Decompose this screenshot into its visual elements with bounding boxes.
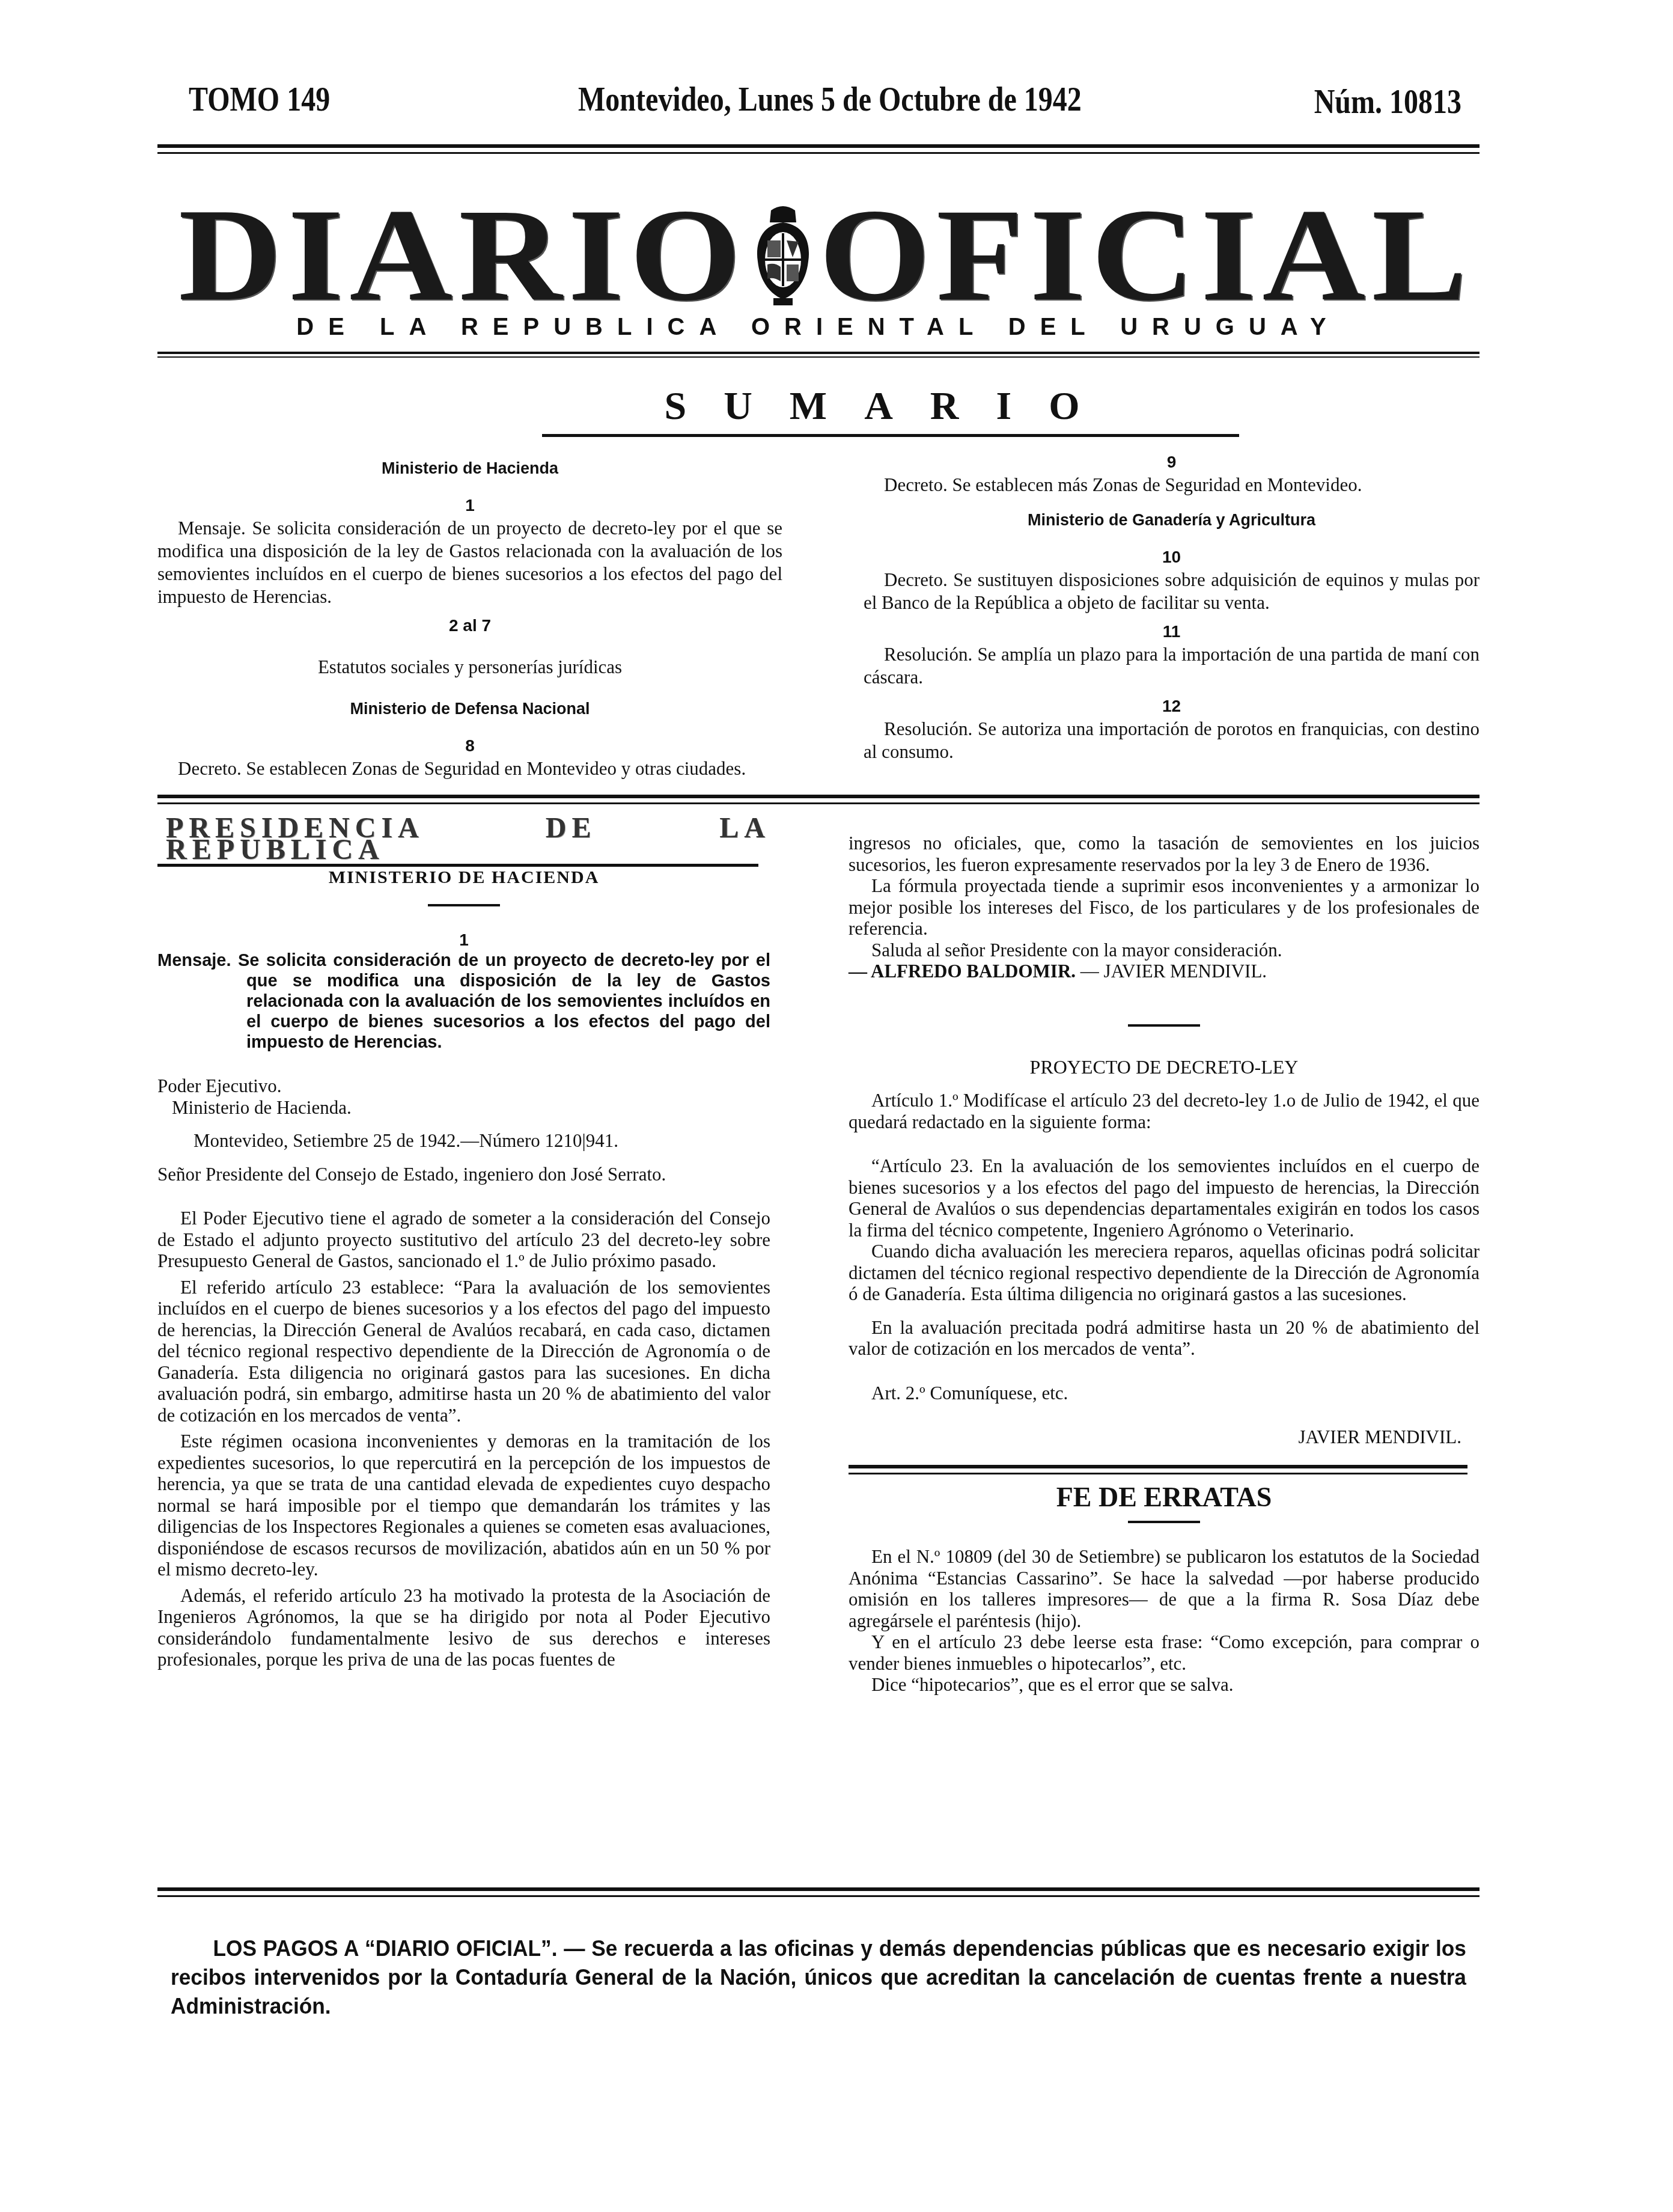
section-banner: PRESIDENCIA DE LA REPUBLICA	[157, 817, 770, 860]
body-paragraph: Este régimen ocasiona inconvenientes y d…	[157, 1431, 770, 1580]
sender-ministry: Ministerio de Hacienda.	[157, 1097, 770, 1119]
sumario-item-number: 12	[864, 695, 1479, 718]
salutation: Saluda al señor Presidente con la mayor …	[849, 939, 1479, 961]
fe-de-erratas-title: FE DE ERRATAS	[849, 1486, 1479, 1508]
issue-header: TOMO 149 Montevideo, Lunes 5 de Octubre …	[157, 80, 1479, 136]
coat-of-arms-icon	[753, 201, 813, 310]
masthead-title-right: OFICIAL	[819, 189, 1473, 322]
issue-number: Núm. 10813	[1314, 83, 1461, 122]
item-number: 1	[157, 929, 770, 951]
sumario-bottom-rule	[157, 795, 1479, 804]
notice-lead: LOS PAGOS A “DIARIO OFICIAL”. —	[171, 1936, 585, 1961]
erratas-rule	[849, 1465, 1467, 1474]
signature-baldomir: — ALFREDO BALDOMIR.	[849, 961, 1076, 982]
header-rule	[157, 144, 1479, 154]
signature-mendivil: — JAVIER MENDIVIL.	[1080, 961, 1267, 982]
item-summary: Mensaje. Se solicita consideración de un…	[157, 950, 770, 1053]
continuation-paragraph: ingresos no oficiales, que, como la tasa…	[849, 833, 1479, 875]
article-2: Art. 2.º Comuníquese, etc.	[849, 1382, 1479, 1404]
body-paragraph: La fórmula proyectada tiende a suprimir …	[849, 875, 1479, 939]
sumario-item-number: 2 al 7	[157, 614, 782, 637]
sumario-left-column: Ministerio de Hacienda1Mensaje. Se solic…	[157, 445, 782, 780]
volume-label: TOMO 149	[189, 80, 330, 119]
quoted-paragraph: En la avaluación precitada podrá admitir…	[849, 1317, 1479, 1360]
sender-line: Poder Ejecutivo.	[157, 1075, 770, 1097]
left-column: PRESIDENCIA DE LA REPUBLICA MINISTERIO D…	[157, 817, 770, 1670]
sumario-section-heading: Ministerio de Hacienda	[157, 457, 782, 480]
dateline: Montevideo, Lunes 5 de Octubre de 1942	[578, 80, 1082, 119]
addressee: Señor Presidente del Consejo de Estado, …	[157, 1164, 770, 1185]
sumario-item-text: Resolución. Se autoriza una importación …	[864, 718, 1479, 763]
sumario-underline	[542, 434, 1239, 437]
sumario-item-text: Decreto. Se establecen más Zonas de Segu…	[864, 474, 1479, 496]
quoted-paragraph: “Artículo 23. En la avaluación de los se…	[849, 1155, 1479, 1241]
sumario-item-text: Estatutos sociales y personerías jurídic…	[157, 656, 782, 679]
right-column: ingresos no oficiales, que, como la tasa…	[849, 833, 1479, 1696]
sumario-item-number: 9	[864, 451, 1479, 474]
masthead: DIARIO OFICIAL	[178, 189, 1464, 322]
sumario-section-heading: Ministerio de Ganadería y Agricultura	[864, 509, 1479, 531]
errata-paragraph: Y en el artículo 23 debe leerse esta fra…	[849, 1631, 1479, 1674]
errata-paragraph: En el N.º 10809 (del 30 de Setiembre) se…	[849, 1546, 1479, 1631]
body-paragraph: El referido artículo 23 establece: “Para…	[157, 1277, 770, 1426]
sumario-item-text: Decreto. Se sustituyen disposiciones sob…	[864, 569, 1479, 614]
errata-paragraph: Dice “hipotecarios”, que es el error que…	[849, 1674, 1479, 1696]
sumario-item-text: Resolución. Se amplía un plazo para la i…	[864, 643, 1479, 689]
sumario-right-column: 9Decreto. Se establecen más Zonas de Seg…	[864, 445, 1479, 763]
sumario-item-text: Decreto. Se establecen Zonas de Segurida…	[157, 757, 782, 780]
sumario-item-number: 10	[864, 546, 1479, 569]
sumario-item-text: Mensaje. Se solicita consideración de un…	[157, 517, 782, 608]
article-1: Artículo 1.º Modifícase el artículo 23 d…	[849, 1090, 1479, 1132]
masthead-subtitle: DE LA REPUBLICA ORIENTAL DEL URUGUAY	[157, 314, 1479, 341]
payments-notice: LOS PAGOS A “DIARIO OFICIAL”. — Se recue…	[171, 1934, 1466, 2021]
masthead-title-left: DIARIO	[178, 189, 747, 322]
signatures: — ALFREDO BALDOMIR. — JAVIER MENDIVIL.	[849, 961, 1479, 982]
quoted-paragraph: Cuando dicha avaluación les mereciera re…	[849, 1241, 1479, 1305]
sumario-section-heading: Ministerio de Defensa Nacional	[157, 697, 782, 720]
sumario-title: SUMARIO	[542, 383, 1239, 429]
body-paragraph: Además, el referido artículo 23 ha motiv…	[157, 1585, 770, 1670]
footer-rule	[157, 1887, 1479, 1897]
sumario-item-number: 1	[157, 494, 782, 517]
body-paragraph: El Poder Ejecutivo tiene el agrado de so…	[157, 1208, 770, 1272]
masthead-rule	[157, 352, 1479, 358]
sumario-item-number: 11	[864, 620, 1479, 643]
proyecto-title: PROYECTO DE DECRETO-LEY	[849, 1057, 1479, 1078]
date-line: Montevideo, Setiembre 25 de 1942.—Número…	[157, 1130, 770, 1152]
proyecto-signature: JAVIER MENDIVIL.	[849, 1426, 1479, 1448]
ministry-heading: MINISTERIO DE HACIENDA	[157, 867, 770, 888]
sumario-item-number: 8	[157, 735, 782, 757]
